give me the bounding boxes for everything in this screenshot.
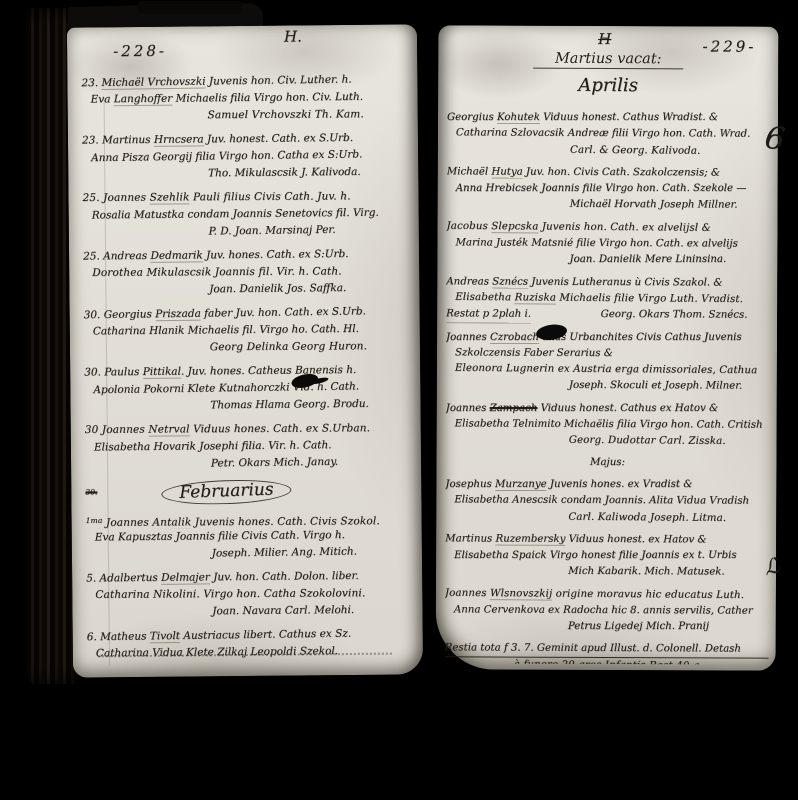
text-segment: origine moravus hic educatus Luth. bbox=[552, 588, 744, 601]
text-segment: Viduus hones. Cath. ex S.Urban. bbox=[190, 422, 371, 435]
register-line: Josephus Murzanye Juvenis hones. ex Vrad… bbox=[445, 477, 769, 493]
text-segment: Catharina Hlanik Michaelis fil. Virgo ho… bbox=[93, 323, 359, 338]
text-segment: Apolonia Pokorni Klete Kutnahorczki Vid.… bbox=[93, 380, 359, 396]
text-segment: Ruziska bbox=[515, 292, 556, 304]
register-line: Restia tota f 3. 7. Geminit apud Illust.… bbox=[445, 640, 769, 659]
text-segment: Februarius bbox=[161, 478, 292, 506]
text-segment: Tho. Mikulascsik J. Kalivoda. bbox=[208, 166, 361, 179]
text-segment: Tivolt bbox=[150, 630, 180, 643]
text-segment: Joannes bbox=[446, 403, 490, 414]
text-segment: Juv. hon. Civis Cath. Szakolczensis; & bbox=[523, 167, 720, 179]
text-segment: Rosalia Matustka condam Joannis Senetovi… bbox=[92, 207, 379, 222]
text-segment: P. D. Joan. Marsinaj Per. bbox=[209, 224, 336, 238]
text-segment: Joseph. Skoculi et Joseph. Milner. bbox=[569, 380, 742, 392]
text-segment: Juvenis Lutheranus ù Civis Szakol. & bbox=[528, 276, 722, 288]
text-segment: Elisabetha Hovarik Josephi filia. Vir. h… bbox=[94, 439, 332, 453]
text-segment: Juvenis hon. Cath. ex alvelijsl & bbox=[538, 221, 710, 233]
register-line: Anna Cervenkova ex Radocha hic 8. annis … bbox=[445, 602, 769, 620]
text-segment: Juvenis hones. Cath. Civis Szokol. bbox=[191, 515, 380, 528]
text-segment: Wlsnovszkij bbox=[490, 588, 552, 600]
text-segment: Petrus Ligedej Mich. Pranij bbox=[568, 621, 709, 632]
text-segment: Antalik bbox=[152, 516, 191, 529]
text-segment: 25. Joannes bbox=[82, 192, 149, 204]
text-segment: Mich Kabarik. Mich. Matusek. bbox=[568, 566, 725, 578]
register-line: Joan. Danielik Mere Lininsina. bbox=[446, 252, 770, 268]
text-segment: Georg Delinka Georg Huron. bbox=[210, 340, 367, 353]
text-segment: Anna Pisza Georgij filia Virgo hon. Cath… bbox=[91, 148, 362, 164]
text-segment: Catharina Vidua Klete Zilkaj Leopoldi Sz… bbox=[96, 645, 338, 659]
text-segment: Delmajer bbox=[161, 571, 210, 584]
text-segment: Viduus honest. ex Hatov & bbox=[565, 534, 706, 546]
text-segment: 30. Paulus bbox=[84, 366, 143, 379]
text-segment: Georg. Okars Thom. Sznécs. bbox=[601, 307, 748, 324]
text-segment: Sznécs bbox=[492, 276, 528, 288]
left-page-entries: 23. Michaël Vrchovszki Juvenis hon. Civ.… bbox=[81, 64, 418, 663]
text-segment: Martinus bbox=[445, 533, 495, 544]
register-line: 1ma Joannes Antalik Juvenis hones. Cath.… bbox=[86, 510, 417, 529]
text-segment: 25. Andreas bbox=[83, 250, 150, 263]
register-line: Dorothea Mikulascsik Joannis fil. Vir. h… bbox=[83, 263, 414, 282]
text-segment: Michaelis filie Virgo Luth. Vradist. bbox=[556, 293, 743, 305]
text-segment: Joseph. Milier. Ang. Mitich. bbox=[212, 545, 357, 559]
register-line: 25. Joannes Szehlik Pauli filius Civis C… bbox=[82, 188, 413, 207]
text-segment: Langhoffer bbox=[114, 93, 173, 107]
text-segment: Hrncsera bbox=[154, 133, 204, 146]
register-line: Andreas Sznécs Juvenis Lutheranus ù Civi… bbox=[446, 274, 770, 292]
text-segment: aliàs Urbanchites Civis Cathus Juvenis bbox=[539, 332, 742, 343]
text-segment: Juvenis hon. Civ. Luther. h. bbox=[205, 74, 351, 88]
text-segment: Netrval bbox=[148, 423, 189, 436]
register-line: Elisabetha Ruziska Michaelis filie Virgo… bbox=[446, 290, 770, 309]
register-line: 30.Februarius bbox=[85, 475, 416, 505]
register-line: P. D. Joan. Marsinaj Per. bbox=[83, 221, 414, 243]
text-segment: Szehlik bbox=[150, 191, 190, 204]
register-line: Joan. Danielik Jos. Saffka. bbox=[83, 279, 414, 299]
text-segment: Austriacus libert. Cathus ex Sz. bbox=[180, 628, 351, 642]
right-page: H -229- Martius vacat: Aprilis Georgius … bbox=[436, 25, 779, 670]
register-line: Joseph. Skoculi et Joseph. Milner. bbox=[446, 378, 770, 396]
text-segment: Elisabetha bbox=[455, 292, 515, 303]
text-segment: 23. Martinus bbox=[82, 134, 154, 147]
text-segment: à funere 20 gros Infantis Rest 40 g bbox=[514, 659, 700, 665]
register-line: Eleonora Lugnerin ex Austria erga dimiss… bbox=[446, 361, 770, 380]
text-segment: . Juv. hones. Catheus Banensis h. bbox=[181, 364, 357, 378]
register-line: Georgius Kohutek Viduus honest. Cathus W… bbox=[447, 110, 771, 126]
book-edge-shadow-small bbox=[138, 1, 242, 14]
text-segment: Anna Hrebicsek Joannis filie Virgo hon. … bbox=[456, 183, 747, 194]
text-segment: Georgius bbox=[447, 112, 497, 123]
register-line: Catharina Nikolini. Virgo hon. Catha Szo… bbox=[86, 585, 417, 604]
text-segment: Viduus honest. Cathus Wradist. & bbox=[540, 112, 718, 123]
text-segment: 23. bbox=[81, 77, 101, 89]
text-segment: Ruzembersky bbox=[495, 533, 565, 545]
register-line: Michaël Hutya Juv. hon. Civis Cath. Szak… bbox=[447, 164, 771, 182]
text-segment: Michaël Horvath Joseph Millner. bbox=[570, 199, 738, 211]
register-line: Catharina Szlovacsik Andreæ filii Virgo … bbox=[447, 126, 771, 144]
text-segment: Joan. Danielik Mere Lininsina. bbox=[569, 254, 726, 265]
text-segment: Murzanye bbox=[495, 479, 547, 491]
register-line: Georg. Dudottar Carl. Zisska. bbox=[446, 432, 770, 451]
register-line: Mich Kabarik. Mich. Matusek. bbox=[445, 564, 769, 582]
text-segment: Petr. Okars Mich. Janay. bbox=[211, 456, 338, 470]
text-segment: Carl. Kaliwoda Joseph. Litma. bbox=[568, 511, 726, 523]
text-segment: Eleonora Lugnerin ex Austria erga dimiss… bbox=[455, 363, 757, 376]
text-segment: faber Juv. hon. Cath. ex S.Urb. bbox=[201, 305, 366, 319]
text-segment: Georg. Dudottar Carl. Zisska. bbox=[569, 435, 726, 447]
register-line: Petrus Ligedej Mich. Pranij bbox=[445, 619, 769, 635]
register-line: Georg Delinka Georg Huron. bbox=[84, 338, 415, 357]
text-segment: Michaelis filia Virgo hon. Civ. Luth. bbox=[172, 91, 363, 105]
text-segment: Samuel Vrchovszki Th. Kam. bbox=[207, 108, 363, 121]
text-segment: Juv. hones. Cath. ex S:Urb. bbox=[203, 248, 349, 261]
register-line: Joannes Czrobach aliàs Urbanchites Civis… bbox=[446, 330, 770, 346]
text-segment: Juvenis hones. ex Vradist & bbox=[547, 479, 693, 490]
text-segment: Elisabetha Spaick Virgo honest filie Joa… bbox=[454, 550, 737, 561]
text-segment: Joannes bbox=[102, 517, 152, 529]
text-segment: 30. bbox=[85, 487, 97, 496]
text-segment: Michaël Vrchovszki bbox=[101, 76, 205, 90]
register-line: Jacobus Slepcska Juvenis hon. Cath. ex a… bbox=[446, 219, 770, 238]
text-segment: Hutya bbox=[491, 166, 522, 178]
register-line: Joseph. Milier. Ang. Mitich. bbox=[86, 543, 417, 565]
text-segment: Josephus bbox=[445, 479, 495, 490]
register-line: Elisabetha Anescsik condam Joannis. Alit… bbox=[445, 493, 769, 511]
marginal-flourish-six: 6 bbox=[763, 120, 788, 158]
text-segment: 30 Joannes bbox=[85, 424, 149, 436]
register-line: Carl. Kaliwoda Joseph. Litma. bbox=[445, 508, 769, 527]
text-segment: Slepcska bbox=[491, 221, 538, 233]
text-segment: Andreas bbox=[446, 276, 492, 287]
register-scan-photo: -228- H. 23. Michaël Vrchovszki Juvenis … bbox=[0, 0, 798, 800]
text-segment: Szkolczensis Faber Serarius & bbox=[455, 347, 613, 359]
text-segment: Elisabetha Telnimito Michaëlis filia Vir… bbox=[455, 418, 763, 430]
text-segment: Thomas Hlama Georg. Brodu. bbox=[210, 398, 369, 412]
month-header-aprilis: Aprilis bbox=[438, 74, 778, 96]
text-segment: Catharina Nikolini. Virgo hon. Catha Szo… bbox=[95, 587, 365, 601]
text-segment: 30. Georgius bbox=[84, 308, 156, 321]
text-segment: Restat p 2plah i. bbox=[446, 307, 531, 324]
register-line: Elisabetha Spaick Virgo honest filie Joa… bbox=[445, 548, 769, 564]
text-segment: Viduus honest. Cathus ex Hatov & bbox=[537, 403, 718, 414]
text-segment: Catharina Szlovacsik Andreæ filii Virgo … bbox=[456, 128, 750, 140]
right-page-entries: Georgius Kohutek Viduus honest. Cathus W… bbox=[445, 103, 771, 664]
text-segment: Michaël bbox=[447, 166, 492, 177]
register-line: Marina Justék Matsnié filie Virgo hon. C… bbox=[446, 235, 770, 253]
text-segment: Dorothea Mikulascsik Joannis fil. Vir. h… bbox=[92, 265, 342, 279]
text-segment: Joan. Navara Carl. Melohi. bbox=[212, 604, 354, 617]
left-page: -228- H. 23. Michaël Vrchovszki Juvenis … bbox=[67, 24, 423, 677]
text-segment: 5. Adalbertus bbox=[86, 572, 161, 585]
text-segment: Joseph. Voliser Joseph. Mil. bbox=[213, 662, 362, 663]
left-page-number: -228- bbox=[113, 42, 167, 61]
text-segment: Czrobach bbox=[490, 332, 539, 344]
text-segment: Joannes bbox=[446, 332, 490, 343]
text-segment: Pittikal bbox=[143, 366, 181, 379]
month-note-martius: Martius vacat: bbox=[438, 50, 778, 67]
text-segment: Joan. Danielik Jos. Saffka. bbox=[209, 282, 346, 295]
text-segment: Dedmarik bbox=[150, 249, 202, 263]
register-line: Samuel Vrchovszki Th. Kam. bbox=[82, 106, 413, 125]
text-segment: Eva Kapusztas Joannis filie Civis Cath. … bbox=[95, 529, 345, 543]
text-segment: Restia tota f 3. 7. Geminit apud Illust.… bbox=[445, 642, 741, 654]
register-line: Restat p 2plah i.Georg. Okars Thom. Szné… bbox=[446, 307, 770, 325]
register-line: Joan. Navara Carl. Melohi. bbox=[86, 601, 417, 621]
marginalia-container: 6ℒ bbox=[438, 25, 778, 26]
text-segment: 1ma bbox=[86, 516, 103, 525]
text-segment: Marina Justék Matsnié filie Virgo hon. C… bbox=[455, 237, 737, 249]
text-segment: Joannes bbox=[445, 587, 490, 598]
left-top-mark: H. bbox=[284, 27, 302, 45]
right-top-mark: H bbox=[598, 30, 611, 48]
text-segment: Kohutek bbox=[497, 112, 540, 124]
text-segment: Juv. hon. Cath. Dolon. liber. bbox=[210, 570, 359, 583]
register-line: Joannes Wlsnovszkij origine moravus hic … bbox=[445, 585, 769, 604]
text-segment: Carl. & Georg. Kalivoda. bbox=[570, 144, 701, 156]
register-line: Martinus Ruzembersky Viduus honest. ex H… bbox=[445, 531, 769, 549]
text-segment: Jacobus bbox=[446, 221, 491, 232]
text-segment: Juv. honest. Cath. ex S.Urb. bbox=[204, 132, 354, 145]
register-line: Petr. Okars Mich. Janay. bbox=[85, 453, 416, 475]
register-line: Joannes Zampach Viduus honest. Cathus ex… bbox=[446, 401, 770, 417]
text-segment: 6. Matheus bbox=[87, 630, 150, 643]
text-segment: Majus: bbox=[590, 457, 625, 468]
register-line: 30 Joannes Netrval Viduus hones. Cath. e… bbox=[85, 420, 416, 439]
register-line: Michaël Horvath Joseph Millner. bbox=[447, 197, 771, 215]
text-segment: Pauli filius Civis Cath. Juv. h. bbox=[189, 190, 350, 203]
register-line: Majus: bbox=[445, 454, 769, 472]
register-line: Anna Hrebicsek Joannis filie Virgo hon. … bbox=[447, 181, 771, 197]
text-segment: Elisabetha Anescsik condam Joannis. Alit… bbox=[454, 495, 749, 507]
text-segment: Eva bbox=[91, 93, 114, 105]
month-note-text: Martius vacat: bbox=[533, 51, 684, 70]
text-segment: Zampach bbox=[490, 403, 538, 414]
register-line: Carl. & Georg. Kalivoda. bbox=[447, 141, 771, 160]
text-segment: Priszada bbox=[155, 308, 201, 322]
text-segment: Anna Cervenkova ex Radocha hic 8. annis … bbox=[454, 604, 753, 616]
